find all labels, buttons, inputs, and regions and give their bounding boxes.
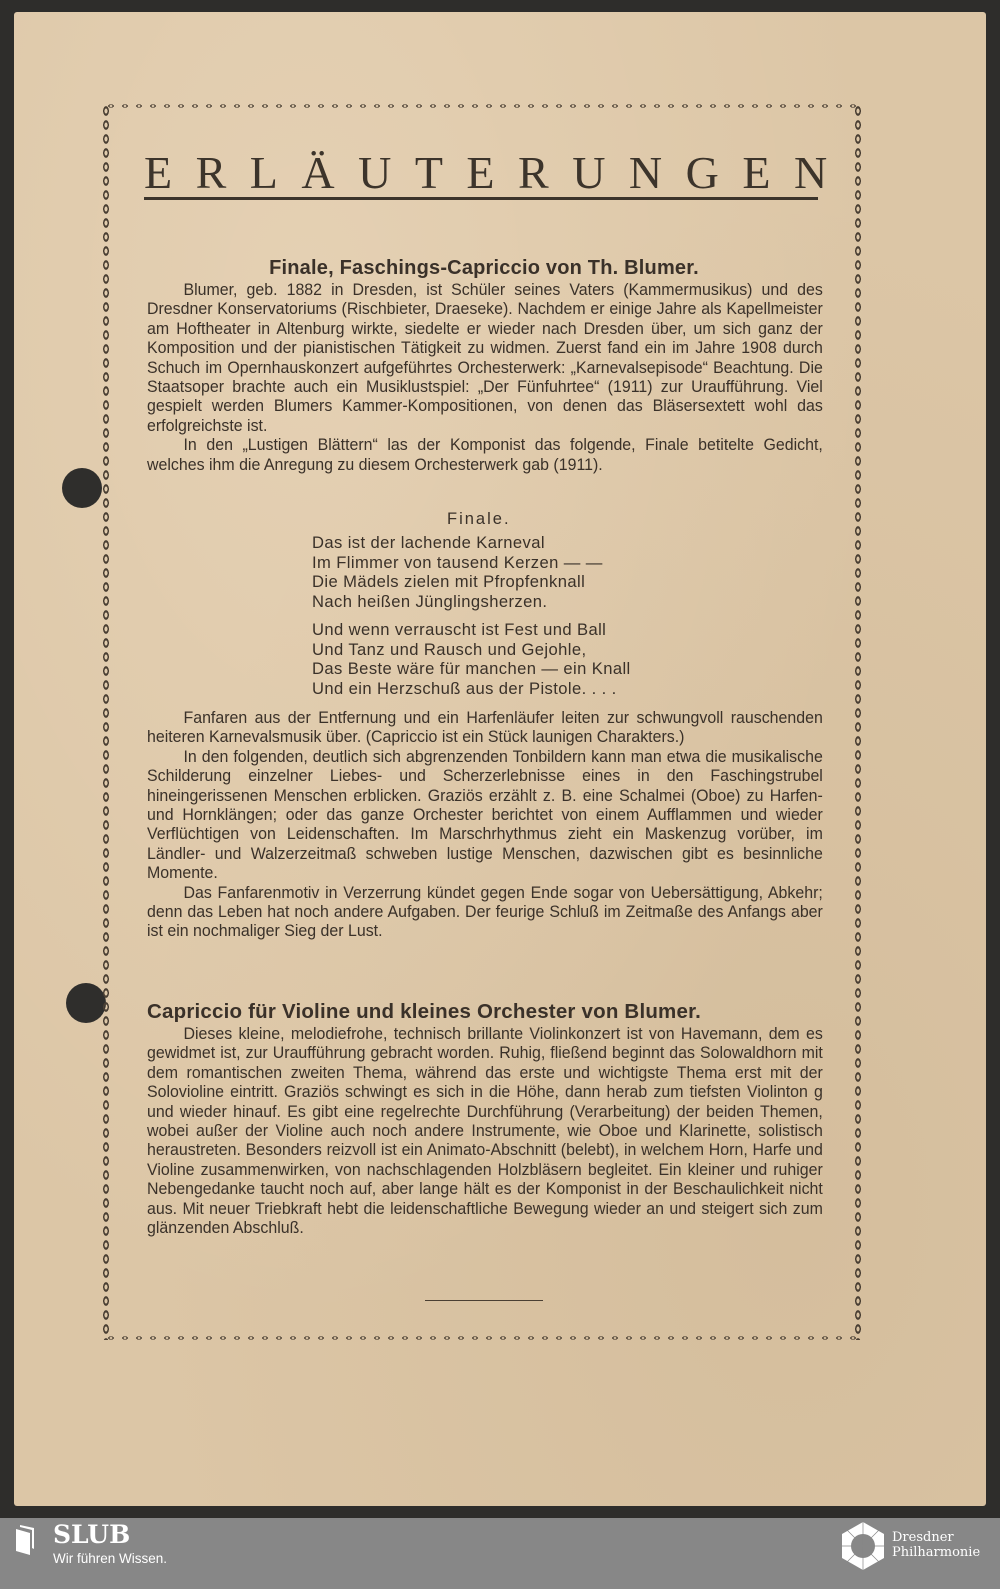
slub-logo-text: SLUB	[53, 1520, 130, 1549]
section-finale-continued: Fanfaren aus der Entfernung und ein Harf…	[147, 708, 821, 941]
section-finale: Finale, Faschings-Capriccio von Th. Blum…	[147, 257, 821, 474]
poem-line: Und Tanz und Rausch und Gejohle,	[312, 640, 631, 660]
poem-line: Und ein Herzschuß aus der Pistole. . . .	[312, 679, 631, 699]
border-right	[853, 104, 863, 1340]
poem-line: Im Flimmer von tausend Kerzen — —	[312, 553, 603, 573]
section-capriccio: Capriccio für Violine und kleines Orches…	[147, 1000, 821, 1237]
punch-hole	[62, 468, 102, 508]
closing-rule	[425, 1300, 543, 1301]
poem-line: Das ist der lachende Karneval	[312, 533, 603, 553]
sunburst-ring-icon	[838, 1521, 888, 1571]
page-title: ERLÄUTERUNGEN	[144, 146, 820, 199]
border-left	[101, 104, 111, 1340]
logo-line-1: Dresdner	[892, 1530, 980, 1545]
title-underline	[144, 197, 818, 200]
poem-stanza-1: Das ist der lachende Karneval Im Flimmer…	[312, 533, 603, 611]
paragraph: Dieses kleine, melodiefrohe, technisch b…	[147, 1024, 823, 1237]
border-top	[104, 101, 860, 111]
poem-line: Nach heißen Jünglingsherzen.	[312, 592, 603, 612]
punch-hole	[66, 983, 106, 1023]
paragraph: Blumer, geb. 1882 in Dresden, ist Schüle…	[147, 280, 823, 435]
book-icon	[14, 1525, 38, 1555]
section-heading: Capriccio für Violine und kleines Orches…	[147, 1000, 821, 1024]
poem-stanza-2: Und wenn verrauscht ist Fest und Ball Un…	[312, 620, 631, 698]
border-bottom	[104, 1333, 860, 1343]
logo-line-2: Philharmonie	[892, 1545, 980, 1560]
poem-line: Das Beste wäre für manchen — ein Knall	[312, 659, 631, 679]
paragraph: Fanfaren aus der Entfernung und ein Harf…	[147, 708, 823, 747]
poem-title: Finale.	[447, 510, 511, 529]
poem-line: Die Mädels zielen mit Pfropfenknall	[312, 572, 603, 592]
paragraph: In den „Lustigen Blättern“ las der Kompo…	[147, 435, 823, 474]
slub-tagline: Wir führen Wissen.	[53, 1551, 167, 1566]
dresdner-philharmonie-logo-text: Dresdner Philharmonie	[892, 1530, 980, 1560]
section-heading: Finale, Faschings-Capriccio von Th. Blum…	[147, 257, 821, 280]
poem-line: Und wenn verrauscht ist Fest und Ball	[312, 620, 631, 640]
footer-bar: SLUB Wir führen Wissen. Dresdner Philhar…	[0, 1518, 1000, 1589]
paragraph: In den folgenden, deutlich sich abgrenze…	[147, 747, 823, 883]
paragraph: Das Fanfarenmotiv in Verzerrung kündet g…	[147, 883, 823, 941]
